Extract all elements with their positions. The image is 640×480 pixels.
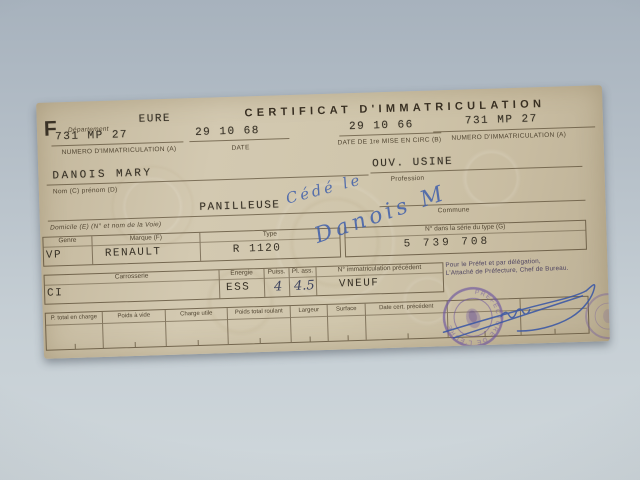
profession-label: Profession <box>391 175 425 183</box>
weights-col-1-label: P. total en charge <box>46 312 102 326</box>
registration-label-left: NUMERO D'IMMATRICULATION (A) <box>62 146 177 157</box>
places-cell: Pl. ass. 4.5 <box>289 267 317 296</box>
tick-mark <box>197 340 198 345</box>
genre-value: VP <box>46 249 63 262</box>
weights-col-4-label: Poids total roulant <box>228 306 290 320</box>
signature-icon <box>438 277 608 344</box>
marque-value: RENAULT <box>105 246 162 260</box>
weights-col-2-label: Poids à vide <box>103 310 165 324</box>
carrosserie-cell: Carrosserie CI <box>45 270 221 303</box>
puissance-label: Puiss. <box>264 268 288 279</box>
weights-col-6: Surface <box>328 304 367 341</box>
genre-cell: Genre VP <box>43 236 93 266</box>
weights-col-3: Charge utile <box>166 308 229 346</box>
previous-registration-value: VNEUF <box>339 277 380 290</box>
registration-certificate: F Département EURE 731 MP 27 NUMERO D'IM… <box>36 85 610 359</box>
registration-line-right <box>433 126 595 132</box>
date-value: 29 10 68 <box>195 125 260 139</box>
previous-registration-label: N° immatriculation précédent <box>316 263 442 277</box>
prefect-delegation-text: Pour le Préfet et par délégation, L'Atta… <box>445 257 569 278</box>
carrosserie-value: CI <box>47 287 64 300</box>
weights-col-5-label: Largeur <box>291 305 327 318</box>
previous-registration-cell: N° immatriculation précédent VNEUF <box>316 263 443 295</box>
domicile-label: Domicile (E) (N° et nom de la Voie) <box>50 221 162 231</box>
holder-name-value: DANOIS MARY <box>52 167 152 182</box>
marque-cell: Marque (F) RENAULT <box>92 233 201 264</box>
commune-label: Commune <box>438 206 470 214</box>
vehicle-table-bottom: Carrosserie CI Energie ESS Puiss. 4 Pl. … <box>44 262 445 305</box>
first-circulation-date-value: 29 10 66 <box>349 119 414 133</box>
serial-value: 5 739 708 <box>404 236 491 251</box>
departement-value: EURE <box>139 113 172 126</box>
tick-mark <box>310 336 311 341</box>
weights-col-4: Poids total roulant <box>228 306 292 344</box>
puissance-cell: Puiss. 4 <box>264 268 290 297</box>
weights-col-7-label: Date cert. précédent <box>366 301 447 316</box>
energie-label: Energie <box>219 269 263 280</box>
tick-mark <box>407 333 408 338</box>
tick-mark <box>75 344 76 349</box>
weights-col-5: Largeur <box>291 305 329 342</box>
registration-number-right: 731 MP 27 <box>465 113 538 127</box>
places-label: Pl. ass. <box>289 267 315 278</box>
first-circulation-label: DATE DE 1re MISE EN CIRC (B) <box>333 136 445 147</box>
genre-label: Genre <box>43 236 91 248</box>
weights-col-6-label: Surface <box>328 304 365 317</box>
weights-col-1: P. total en charge <box>46 312 104 350</box>
puissance-value: 4 <box>274 279 283 294</box>
tick-mark <box>260 338 261 343</box>
weights-col-2: Poids à vide <box>103 310 167 348</box>
places-value: 4.5 <box>294 278 315 294</box>
type-value: R 1120 <box>233 242 282 256</box>
registration-label-right: NUMERO D'IMMATRICULATION (A) <box>451 131 566 142</box>
weights-col-3-label: Charge utile <box>166 308 227 322</box>
registration-number-left: 731 MP 27 <box>55 129 128 143</box>
energie-value: ESS <box>226 281 251 294</box>
marque-label: Marque (F) <box>92 233 199 246</box>
vehicle-table-top: Genre VP Marque (F) RENAULT Type R 1120 <box>42 227 341 266</box>
date-label: DATE <box>206 143 276 152</box>
holder-name-label: Nom (C) prénom (D) <box>53 186 118 195</box>
profession-value: OUV. USINE <box>372 156 453 171</box>
energie-cell: Energie ESS <box>219 269 265 298</box>
tick-mark <box>135 342 136 347</box>
domicile-value: PANILLEUSE <box>199 199 280 214</box>
carrosserie-label: Carrosserie <box>45 270 219 285</box>
photo-of-document: F Département EURE 731 MP 27 NUMERO D'IM… <box>0 0 640 480</box>
tick-mark <box>347 335 348 340</box>
